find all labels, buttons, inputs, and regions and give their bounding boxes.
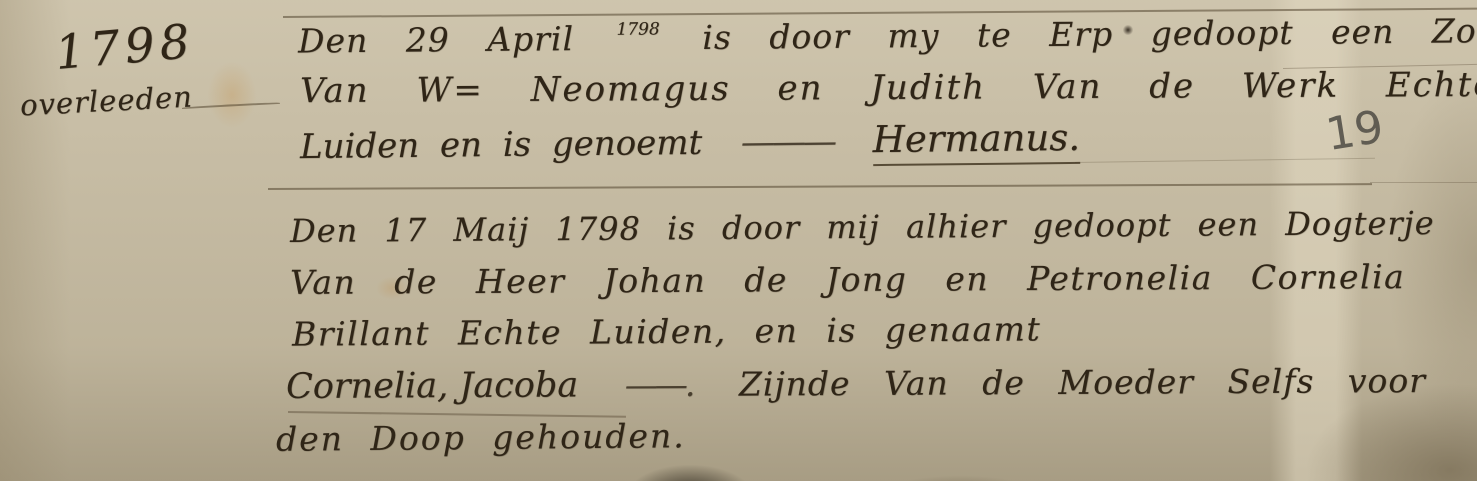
manuscript-page: 1798 overleeden 19 Den 29 April 1798 is … [0,0,1477,481]
entry1-child-name: Hermanus. [872,116,1080,166]
entry2-line5: den Doop gehouden. [276,416,686,459]
entry2-line4-flourish: ——. [625,365,693,404]
margin-year: 1798 [53,14,197,81]
entry1-line3: Luiden en is genoemt ——— Hermanus. [300,116,1080,172]
margin-note-overleden: overleeden [19,79,193,122]
entry2-line2: Van de Heer Johan de Jong en Petronelia … [290,257,1405,302]
entry1-line1-date: Den 29 April [298,19,574,60]
entry1-line3-flourish: ——— [741,121,834,162]
entry2-line1: Den 17 Maij 1798 is door mij alhier gedo… [290,204,1435,250]
entry-divider-line [268,183,1372,190]
entry2-line4-rest: Zijnde Van de Moeder Selfs voor [739,361,1426,404]
entry1-inserted-year: 1798 [616,19,659,39]
page-number-pencil: 19 [1322,100,1387,161]
entry1-line1: Den 29 April 1798 is door my te Erp gedo… [298,10,1477,60]
entry1-line3-text: Luiden en is genoemt [300,123,703,167]
margin-note-flourish [182,102,280,109]
entry2-line4: Cornelia, Jacoba ——. Zijnde Van de Moede… [286,361,1426,407]
entry1-line2: Van W= Neomagus en Judith Van de Werk Ec… [300,65,1477,111]
entry2-child-name: Cornelia, Jacoba [286,365,578,407]
divider-faint-continuation [1370,182,1477,183]
entry1-line1-rest: is door my te Erp gedoopt een Zoontje [702,10,1477,57]
entry2-line3: Brillant Echte Luiden, en is genaamt [292,309,1041,353]
